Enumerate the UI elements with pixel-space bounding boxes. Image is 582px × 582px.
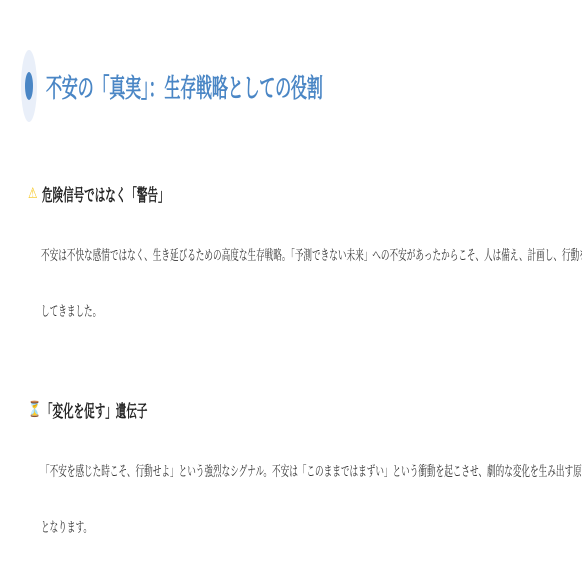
warning-icon: ⚠ (28, 186, 36, 201)
section-paragraph: 不安は不快な感情ではなく、生き延びるための高度な生存戦略。「予測できない未来」へ… (41, 228, 570, 340)
hourglass-icon: ⏳ (28, 402, 36, 417)
section-heading-change: ⏳ 「変化を促す」遺伝子 (28, 397, 212, 422)
page-title-row: 不安の「真実」：生存戦略としての役割 (21, 50, 492, 122)
page-title: 不安の「真実」：生存戦略としての役割 (46, 68, 323, 105)
lightbulb-oval-icon (21, 50, 37, 122)
paragraph-line: 「不安を感じた時こそ、行動せよ」という強烈なシグナル。不安は「このままではまずい… (41, 444, 570, 500)
paragraph-line: となります。 (41, 500, 570, 556)
section-title: 「変化を促す」遺伝子 (42, 397, 147, 422)
paragraph-line: 不安は不快な感情ではなく、生き延びるための高度な生存戦略。「予測できない未来」へ… (41, 228, 570, 284)
paragraph-line: してきました。 (41, 284, 570, 340)
section-paragraph: 「不安を感じた時こそ、行動せよ」という強烈なシグナル。不安は「このままではまずい… (41, 444, 570, 556)
section-title: 危険信号ではなく「警告」 (42, 181, 168, 206)
section-heading-warning: ⚠ 危険信号ではなく「警告」 (28, 181, 246, 206)
